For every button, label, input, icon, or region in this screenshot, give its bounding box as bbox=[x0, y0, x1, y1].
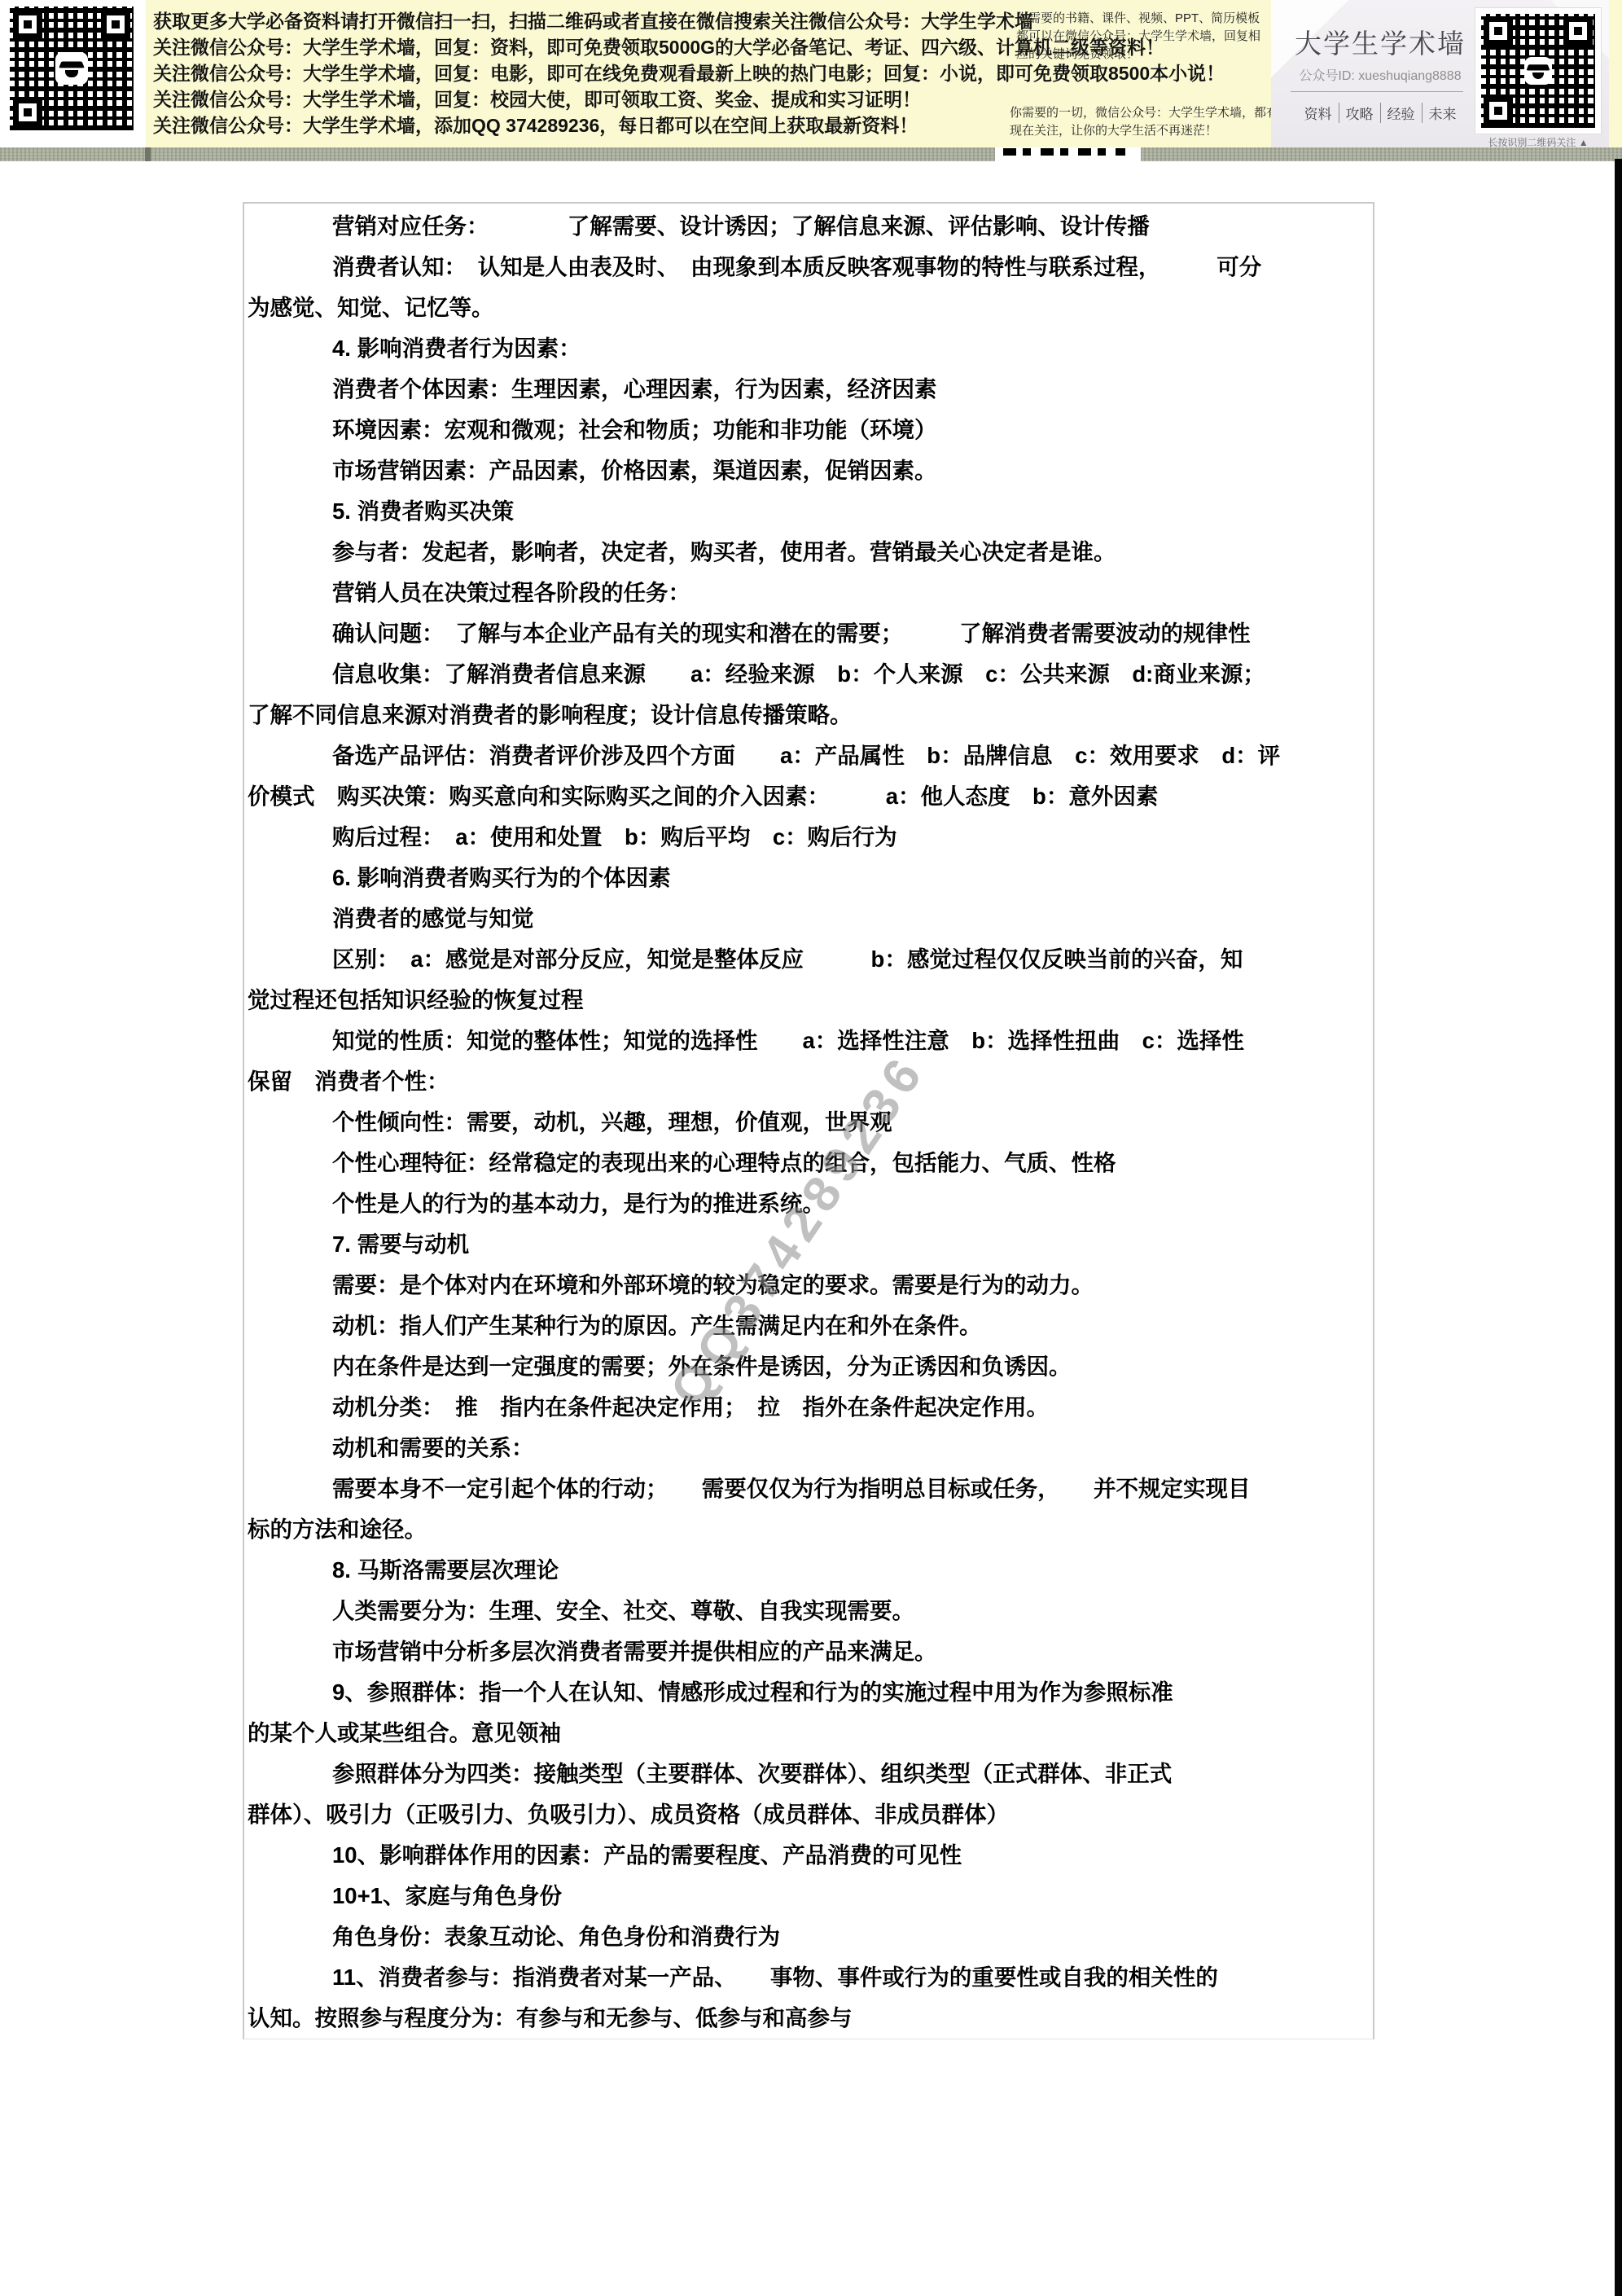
document-text-line: 购后过程： a：使用和处置 b：购后平均 c：购后行为 bbox=[248, 817, 1345, 858]
banner-middle-top-block: 你需要的书籍、课件、视频、PPT、简历模板都可以在微信公众号：大学生学术墙，回复… bbox=[1016, 10, 1260, 64]
document-text-line: 标的方法和途径。 bbox=[248, 1509, 1345, 1550]
document-text-line: 信息收集：了解消费者信息来源 a：经验来源 b：个人来源 c：公共来源 d:商业… bbox=[248, 654, 1345, 695]
qr-finder-icon bbox=[101, 10, 130, 39]
banner-text-line: 关注微信公众号：大学生学术墙，回复：资料，即可免费领取5000G的大学必备笔记、… bbox=[153, 34, 1065, 60]
promo-card-tags: 资料攻略经验未来 bbox=[1282, 103, 1478, 123]
document-text-line: 保留 消费者个性： bbox=[248, 1061, 1345, 1102]
document-text-line: 营销对应任务： 了解需要、设计诱因；了解信息来源、评估影响、设计传播 bbox=[248, 206, 1345, 247]
qr-finder-icon bbox=[1563, 16, 1593, 46]
document-text-line: 市场营销因素：产品因素，价格因素，渠道因素，促销因素。 bbox=[248, 450, 1345, 491]
banner-left-qr-box bbox=[0, 0, 146, 161]
document-text-line: 8. 马斯洛需要层次理论 bbox=[248, 1550, 1345, 1591]
promo-card-tag: 资料 bbox=[1298, 103, 1339, 123]
strip-edge-shadow bbox=[145, 147, 151, 161]
document-text-line: 个性心理特征：经常稳定的表现出来的心理特点的组合，包括能力、气质、性格 bbox=[248, 1143, 1345, 1183]
document-text-line: 11、消费者参与：指消费者对某一产品、 事物、事件或行为的重要性或自我的相关性的 bbox=[248, 1957, 1345, 1998]
qr-finder-icon bbox=[13, 98, 42, 127]
banner-middle-line: 现在关注，让你的大学生活不再迷茫！ bbox=[1010, 122, 1291, 140]
document-text-line: 区别： a：感觉是对部分反应，知觉是整体反应 b：感觉过程仅仅反映当前的兴奋，知 bbox=[248, 939, 1345, 980]
banner-middle-line: 应的关键词免费领取！ bbox=[1016, 46, 1260, 64]
document-text-line: 了解不同信息来源对消费者的影响程度；设计信息传播策略。 bbox=[248, 695, 1345, 735]
promo-card-divider bbox=[1291, 91, 1463, 92]
document-text-line: 内在条件是达到一定强度的需要；外在条件是诱因，分为正诱因和负诱因。 bbox=[248, 1346, 1345, 1387]
document-text-line: 价模式 购买决策：购买意向和实际购买之间的介入因素： a：他人态度 b：意外因素 bbox=[248, 776, 1345, 817]
document-text-line: 环境因素：宏观和微观；社会和物质；功能和非功能（环境） bbox=[248, 410, 1345, 450]
banner-middle-line: 都可以在微信公众号：大学生学术墙，回复相 bbox=[1016, 28, 1260, 46]
banner-text-line: 关注微信公众号：大学生学术墙，回复：校园大使，即可领取工资、奖金、提成和实习证明… bbox=[153, 86, 1065, 112]
document-text-line: 10+1、家庭与角色身份 bbox=[248, 1876, 1345, 1916]
banner-text-block: 获取更多大学必备资料请打开微信扫一扫，扫描二维码或者直接在微信搜索关注微信公众号… bbox=[153, 8, 1065, 138]
document-text-line: 5. 消费者购买决策 bbox=[248, 491, 1345, 532]
document-text-line: 参与者：发起者，影响者，决定者，购买者，使用者。营销最关心决定者是谁。 bbox=[248, 532, 1345, 573]
document-text-line: 10、影响群体作用的因素：产品的需要程度、产品消费的可见性 bbox=[248, 1835, 1345, 1876]
document-text-line: 需要本身不一定引起个体的行动； 需要仅仅为行为指明总目标或任务， 并不规定实现目 bbox=[248, 1468, 1345, 1509]
wechat-qr-code bbox=[10, 7, 134, 130]
document-text-line: 角色身份：表象互动论、角色身份和消费行为 bbox=[248, 1916, 1345, 1957]
background-texture-strip bbox=[0, 147, 1622, 161]
qr-finder-icon bbox=[1484, 96, 1513, 125]
promo-card-tag: 攻略 bbox=[1339, 103, 1380, 123]
document-text-line: 个性倾向性：需要，动机，兴趣，理想，价值观，世界观 bbox=[248, 1102, 1345, 1143]
document-text-line: 的某个人或某些组合。意见领袖 bbox=[248, 1713, 1345, 1754]
document-text-line: 6. 影响消费者购买行为的个体因素 bbox=[248, 858, 1345, 898]
banner-middle-line: 你需要的一切，微信公众号：大学生学术墙，都有！ bbox=[1010, 104, 1291, 122]
banner-middle-line: 你需要的书籍、课件、视频、PPT、简历模板 bbox=[1016, 10, 1260, 28]
document-text-block: 营销对应任务： 了解需要、设计诱因；了解信息来源、评估影响、设计传播消费者认知：… bbox=[248, 206, 1345, 2039]
document-text-line: 知觉的性质：知觉的整体性；知觉的选择性 a：选择性注意 b：选择性扭曲 c：选择… bbox=[248, 1021, 1345, 1061]
cutoff-logo-fragment bbox=[1003, 148, 1125, 156]
promo-card-tag: 经验 bbox=[1380, 103, 1422, 123]
banner-text-line: 关注微信公众号：大学生学术墙，添加QQ 374289236，每日都可以在空间上获… bbox=[153, 112, 1065, 138]
banner-middle-bottom-block: 你需要的一切，微信公众号：大学生学术墙，都有！现在关注，让你的大学生活不再迷茫！ bbox=[1010, 104, 1291, 140]
graduation-cap-icon bbox=[1524, 57, 1552, 85]
document-text-line: 动机分类： 推 指内在条件起决定作用； 拉 指外在条件起决定作用。 bbox=[248, 1387, 1345, 1428]
document-text-line: 动机：指人们产生某种行为的原因。产生需满足内在和外在条件。 bbox=[248, 1306, 1345, 1346]
right-edge-bar bbox=[1615, 159, 1622, 2296]
cutoff-logo-tab bbox=[995, 147, 1141, 161]
document-text-line: 人类需要分为：生理、安全、社交、尊敬、自我实现需要。 bbox=[248, 1591, 1345, 1631]
qr-finder-icon bbox=[13, 10, 42, 39]
document-text-line: 营销人员在决策过程各阶段的任务： bbox=[248, 573, 1345, 613]
document-page: 营销对应任务： 了解需要、设计诱因；了解信息来源、评估影响、设计传播消费者认知：… bbox=[243, 202, 1374, 2039]
document-text-line: 动机和需要的关系： bbox=[248, 1428, 1345, 1468]
graduation-cap-icon bbox=[55, 52, 88, 85]
document-text-line: 参照群体分为四类：接触类型（主要群体、次要群体）、组织类型（正式群体、非正式 bbox=[248, 1754, 1345, 1794]
document-text-line: 市场营销中分析多层次消费者需要并提供相应的产品来满足。 bbox=[248, 1631, 1345, 1672]
promo-qr-code bbox=[1481, 14, 1595, 128]
document-text-line: 为感觉、知觉、记忆等。 bbox=[248, 288, 1345, 328]
promo-card-qr-box bbox=[1475, 8, 1601, 134]
document-text-line: 4. 影响消费者行为因素： bbox=[248, 328, 1345, 369]
promo-card-title: 大学生学术墙 bbox=[1282, 23, 1478, 61]
document-text-line: 备选产品评估：消费者评价涉及四个方面 a：产品属性 b：品牌信息 c：效用要求 … bbox=[248, 735, 1345, 776]
promo-card-account-id: 公众号ID: xueshuqiang8888 bbox=[1282, 65, 1478, 84]
qr-finder-icon bbox=[1484, 16, 1513, 46]
document-text-line: 觉过程还包括知识经验的恢复过程 bbox=[248, 980, 1345, 1021]
document-text-line: 群体）、吸引力（正吸引力、负吸引力）、成员资格（成员群体、非成员群体） bbox=[248, 1794, 1345, 1835]
document-text-line: 消费者的感觉与知觉 bbox=[248, 898, 1345, 939]
screenshot-canvas: 获取更多大学必备资料请打开微信扫一扫，扫描二维码或者直接在微信搜索关注微信公众号… bbox=[0, 0, 1622, 2296]
promo-card-tag: 未来 bbox=[1422, 103, 1463, 123]
document-text-line: 消费者个体因素：生理因素，心理因素，行为因素，经济因素 bbox=[248, 369, 1345, 410]
document-text-line: 确认问题： 了解与本企业产品有关的现实和潜在的需要； 了解消费者需要波动的规律性 bbox=[248, 613, 1345, 654]
banner-text-line: 获取更多大学必备资料请打开微信扫一扫，扫描二维码或者直接在微信搜索关注微信公众号… bbox=[153, 8, 1065, 34]
document-text-line: 认知。按照参与程度分为：有参与和无参与、低参与和高参与 bbox=[248, 1998, 1345, 2039]
document-text-line: 消费者认知： 认知是人由表及时、 由现象到本质反映客观事物的特性与联系过程， 可… bbox=[248, 247, 1345, 288]
banner-text-line: 关注微信公众号：大学生学术墙，回复：电影，即可在线免费观看最新上映的热门电影；回… bbox=[153, 60, 1065, 86]
promo-card: 大学生学术墙 公众号ID: xueshuqiang8888 资料攻略经验未来 长… bbox=[1271, 0, 1609, 147]
banner-middle-column: 你需要的书籍、课件、视频、PPT、简历模板都可以在微信公众号：大学生学术墙，回复… bbox=[1010, 0, 1278, 147]
document-text-line: 9、参照群体：指一个人在认知、情感形成过程和行为的实施过程中用为作为参照标准 bbox=[248, 1672, 1345, 1713]
